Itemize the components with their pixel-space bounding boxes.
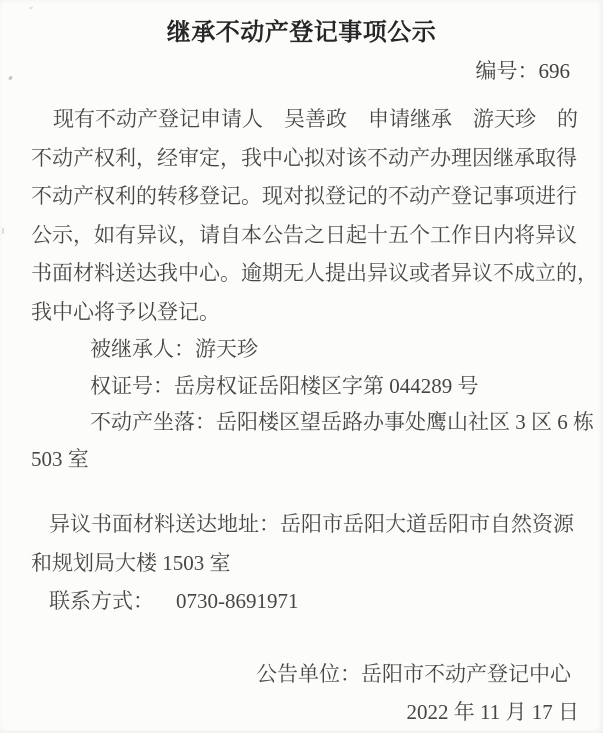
registration-fields: 被继承人：游天珍 权证号：岳房权证岳阳楼区字第 044289 号 不动产坐落：岳…	[0, 331, 603, 477]
certificate-field: 权证号：岳房权证岳阳楼区字第 044289 号	[31, 368, 577, 405]
body-line-6: 我中心将予以登记。	[31, 293, 577, 332]
location-field-overflow: 503 室	[31, 441, 577, 478]
body-line-5: 书面材料送达我中心。逾期无人提出异议或者异议不成立的，	[31, 254, 577, 293]
issuer-label: 公告单位：	[256, 662, 361, 686]
heir-field-label: 被继承人：	[90, 337, 195, 361]
document-number-value: 696	[539, 59, 571, 83]
issuer-line: 公告单位：岳阳市不动产登记中心	[0, 655, 603, 694]
scanned-announcement-page: 继承不动产登记事项公示 编号：696 现有不动产登记申请人 吴善政 申请继承 游…	[0, 0, 603, 733]
certificate-field-value: 岳房权证岳阳楼区字第 044289 号	[174, 374, 479, 398]
body-line-4: 公示，如有异议，请自本公告之日起十五个工作日内将异议	[31, 216, 577, 255]
contact-value: 0730-8691971	[176, 589, 299, 613]
body-line-2: 不动产权利，经审定，我中心拟对该不动产办理因继承取得	[31, 139, 577, 178]
signature-block: 公告单位：岳阳市不动产登记中心 2022 年 11 月 17 日	[0, 655, 603, 732]
objection-address-overflow: 和规划局大楼 1503 室	[31, 544, 577, 583]
contact-line: 联系方式：0730-8691971	[31, 582, 577, 621]
issuer-value: 岳阳市不动产登记中心	[361, 662, 571, 686]
document-number-label: 编号：	[476, 59, 539, 83]
location-field-value: 岳阳楼区望岳路办事处鹰山社区 3 区 6 栋	[216, 410, 594, 434]
document-number-line: 编号：696	[0, 58, 603, 84]
objection-address-line: 异议书面材料送达地址：岳阳市岳阳大道岳阳市自然资源	[31, 505, 577, 544]
certificate-field-label: 权证号：	[90, 374, 174, 398]
contact-label: 联系方式：	[49, 589, 154, 613]
objection-address-label: 异议书面材料送达地址：	[49, 512, 280, 536]
announcement-body: 现有不动产登记申请人 吴善政 申请继承 游天珍 的 不动产权利，经审定，我中心拟…	[0, 100, 603, 331]
location-field-label: 不动产坐落：	[90, 410, 216, 434]
body-line-3: 不动产权利的转移登记。现对拟登记的不动产登记事项进行	[31, 177, 577, 216]
document-title: 继承不动产登记事项公示	[0, 0, 603, 48]
scan-artifact	[2, 228, 4, 234]
objection-address-value: 岳阳市岳阳大道岳阳市自然资源	[280, 512, 574, 536]
heir-field-value: 游天珍	[195, 337, 258, 361]
heir-field: 被继承人：游天珍	[31, 331, 577, 368]
objection-section: 异议书面材料送达地址：岳阳市岳阳大道岳阳市自然资源 和规划局大楼 1503 室 …	[0, 505, 603, 621]
location-field: 不动产坐落：岳阳楼区望岳路办事处鹰山社区 3 区 6 栋	[31, 404, 577, 441]
date-line: 2022 年 11 月 17 日	[0, 693, 603, 732]
body-line-1: 现有不动产登记申请人 吴善政 申请继承 游天珍 的	[31, 100, 577, 139]
